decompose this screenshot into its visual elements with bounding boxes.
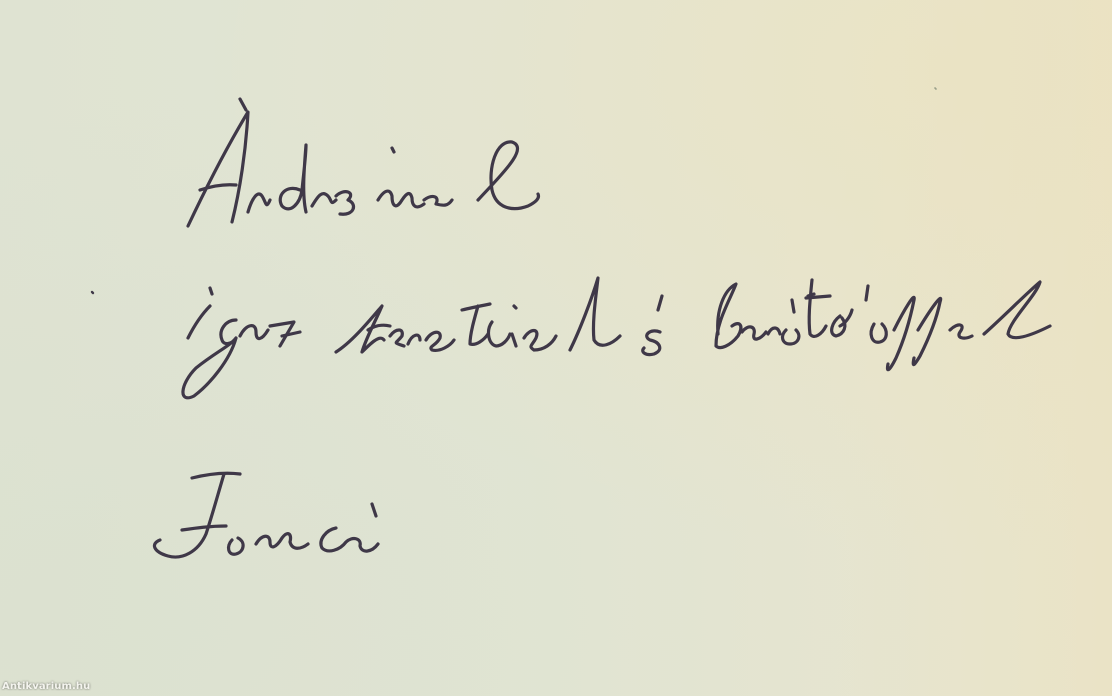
handwriting-line-signature (154, 473, 378, 557)
handwriting-line-greeting (188, 99, 539, 226)
handwriting-line-message (183, 278, 1050, 398)
handwriting-ink (0, 0, 1112, 696)
watermark-logo: Antikvarium.hu (2, 681, 90, 692)
document-page: Andrásnak igaz szeretettel és barátságga… (0, 0, 1112, 696)
